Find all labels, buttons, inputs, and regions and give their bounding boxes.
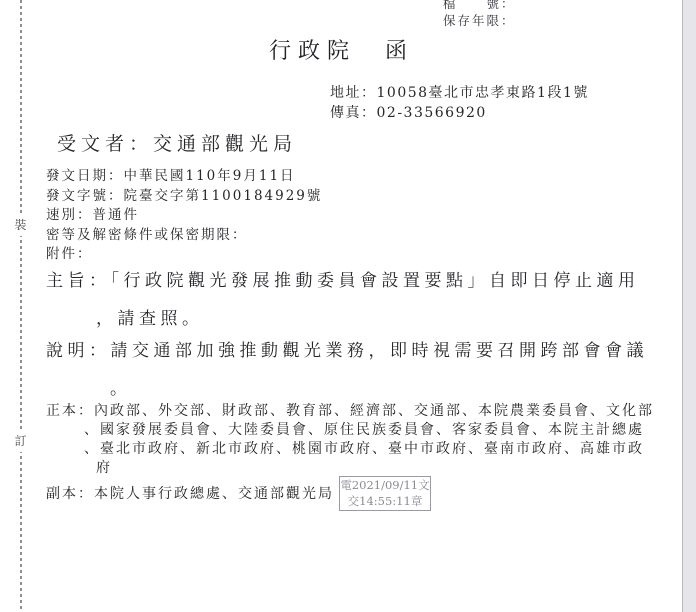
- issue-number-line: 發文字號：院臺交字第1100184929號: [46, 187, 322, 207]
- explanation-line-2: 。: [110, 374, 648, 399]
- binding-mark-ding: 訂: [13, 429, 28, 452]
- electronic-exchange-timestamp-stamp: 電2021/09/11文 交14:55:11章: [339, 476, 431, 511]
- original-copy-line-2: 、國家發展委員會、大陸委員會、原住民族委員會、客家委員會、本院主計總處: [46, 421, 654, 440]
- file-number-block: 檔 號： 保存年限：: [443, 0, 516, 29]
- document-meta-block: 發文日期：中華民國110年9月11日 發文字號：院臺交字第1100184929號…: [46, 167, 322, 265]
- binding-mark-zhuang: 裝: [13, 213, 28, 236]
- stamp-date-line: 電2021/09/11文: [340, 477, 430, 493]
- attachment-line: 附件：: [46, 245, 322, 265]
- sender-fax: 傳真：02-33566920: [330, 103, 589, 123]
- document-title: 行政院 函: [0, 34, 683, 65]
- original-copy-line-3: 、臺北市政府、新北市政府、桃園市政府、臺中市政府、臺南市政府、高雄市政: [46, 440, 654, 459]
- subject-line-2: ，請查照。: [96, 304, 640, 329]
- issue-date-line: 發文日期：中華民國110年9月11日: [46, 167, 322, 187]
- file-number-label: 檔 號：: [443, 0, 516, 12]
- document-page: 裝 訂 檔 號： 保存年限： 行政院 函 地址：10058臺北市忠孝東路1段1號…: [0, 0, 696, 612]
- sender-contact-block: 地址：10058臺北市忠孝東路1段1號 傳真：02-33566920: [330, 83, 589, 123]
- retention-period-label: 保存年限：: [443, 12, 516, 29]
- sender-address: 地址：10058臺北市忠孝東路1段1號: [330, 83, 589, 103]
- subject-section: 主旨：「行政院觀光發展推動委員會設置要點」自即日停止適用 ，請查照。: [46, 266, 640, 329]
- stamp-time-line: 交14:55:11章: [340, 493, 430, 509]
- explanation-section: 說明：請交通部加強推動觀光業務，即時視需要召開跨部會會議 。: [46, 336, 648, 399]
- recipient-line: 受文者：交通部觀光局: [57, 129, 297, 156]
- scanned-page-right-edge: [682, 0, 696, 612]
- binding-dashed-line: [20, 0, 22, 612]
- security-class-line: 密等及解密條件或保密期限：: [46, 226, 322, 246]
- original-copy-line-1: 正本：內政部、外交部、財政部、教育部、經濟部、交通部、本院農業委員會、文化部: [46, 402, 654, 421]
- carbon-copy-line: 副本：本院人事行政總處、交通部觀光局: [46, 483, 334, 503]
- original-copy-section: 正本：內政部、外交部、財政部、教育部、經濟部、交通部、本院農業委員會、文化部 、…: [46, 402, 654, 478]
- subject-line-1: 主旨：「行政院觀光發展推動委員會設置要點」自即日停止適用: [46, 266, 640, 291]
- speed-class-line: 速別：普通件: [46, 206, 322, 226]
- explanation-line-1: 說明：請交通部加強推動觀光業務，即時視需要召開跨部會會議: [46, 336, 648, 361]
